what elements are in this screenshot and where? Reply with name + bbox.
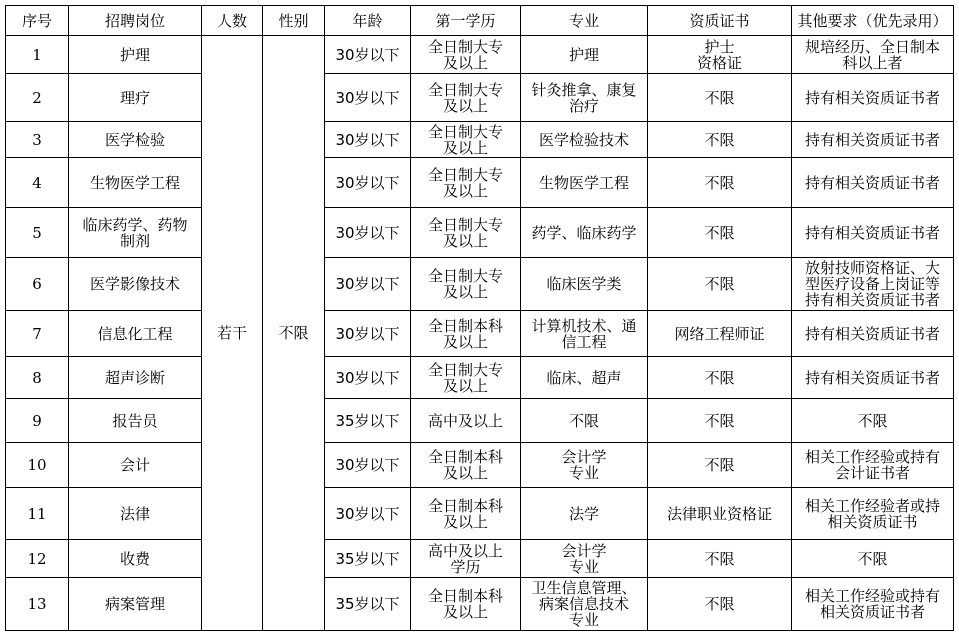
cell-no: 5: [6, 208, 69, 258]
cell-major: 临床、超声: [521, 357, 648, 399]
cell-age: 35岁以下: [325, 540, 411, 578]
cell-certificate-text: 不限: [704, 132, 734, 148]
cell-age-text: 30岁以下: [335, 132, 399, 148]
cell-certificate: 网络工程师证: [648, 311, 792, 357]
table-row: 2理疗30岁以下全日制大专 及以上针灸推拿、康复 治疗不限持有相关资质证书者: [6, 74, 954, 122]
cell-position-text: 医学检验: [105, 132, 165, 148]
cell-no: 12: [6, 540, 69, 578]
header-major: 专业: [521, 6, 648, 36]
cell-other-text: 持有相关资质证书者: [805, 175, 940, 191]
table-row: 9报告员35岁以下高中及以上不限不限不限: [6, 399, 954, 443]
cell-education-text: 全日制本科 及以上: [428, 498, 503, 530]
cell-age-text: 35岁以下: [335, 596, 399, 612]
cell-position: 理疗: [69, 74, 202, 122]
table-row: 13病案管理35岁以下全日制本科 及以上卫生信息管理、 病案信息技术 专业不限相…: [6, 578, 954, 631]
cell-other-text: 不限: [857, 551, 887, 567]
cell-major-text: 医学检验技术: [539, 132, 629, 148]
cell-other: 持有相关资质证书者: [792, 311, 954, 357]
cell-position-text: 理疗: [120, 90, 150, 106]
cell-age: 30岁以下: [325, 74, 411, 122]
cell-position-text: 会计: [120, 457, 150, 473]
table-row: 1护理若干不限30岁以下全日制大专 及以上护理护士 资格证规培经历、全日制本 科…: [6, 36, 954, 74]
cell-other-text: 不限: [857, 413, 887, 429]
cell-no: 10: [6, 443, 69, 488]
cell-position-text: 超声诊断: [105, 370, 165, 386]
cell-age: 30岁以下: [325, 443, 411, 488]
cell-major: 不限: [521, 399, 648, 443]
cell-age-text: 30岁以下: [335, 276, 399, 292]
cell-major-text: 会计学 专业: [561, 543, 606, 575]
cell-age-text: 30岁以下: [335, 90, 399, 106]
cell-certificate-text: 网络工程师证: [674, 326, 764, 342]
header-gender: 性别: [263, 6, 325, 36]
cell-education: 全日制本科 及以上: [411, 311, 521, 357]
cell-education-text: 全日制本科 及以上: [428, 318, 503, 350]
cell-certificate: 不限: [648, 443, 792, 488]
cell-no-text: 11: [27, 506, 46, 522]
cell-education: 高中及以上: [411, 399, 521, 443]
cell-position: 护理: [69, 36, 202, 74]
cell-age-text: 30岁以下: [335, 47, 399, 63]
cell-major: 针灸推拿、康复 治疗: [521, 74, 648, 122]
cell-education-text: 全日制大专 及以上: [428, 82, 503, 114]
cell-other: 持有相关资质证书者: [792, 208, 954, 258]
cell-major: 药学、临床药学: [521, 208, 648, 258]
header-certificate: 资质证书: [648, 6, 792, 36]
cell-certificate: 不限: [648, 399, 792, 443]
cell-no: 9: [6, 399, 69, 443]
cell-no-text: 13: [27, 596, 46, 612]
cell-education: 全日制本科 及以上: [411, 578, 521, 631]
cell-certificate: 不限: [648, 578, 792, 631]
cell-other-text: 持有相关资质证书者: [805, 370, 940, 386]
cell-other: 相关工作经验者或持 相关资质证书: [792, 488, 954, 540]
cell-position-text: 法律: [120, 506, 150, 522]
cell-certificate: 不限: [648, 208, 792, 258]
cell-certificate-text: 不限: [704, 225, 734, 241]
cell-no: 7: [6, 311, 69, 357]
cell-education: 全日制大专 及以上: [411, 74, 521, 122]
cell-no-text: 7: [32, 326, 42, 342]
cell-other: 持有相关资质证书者: [792, 122, 954, 158]
cell-age: 30岁以下: [325, 311, 411, 357]
cell-major: 生物医学工程: [521, 158, 648, 208]
cell-other: 相关工作经验或持有 相关资质证书者: [792, 578, 954, 631]
cell-age: 30岁以下: [325, 357, 411, 399]
cell-no: 13: [6, 578, 69, 631]
cell-major-text: 会计学 专业: [561, 449, 606, 481]
cell-position-text: 信息化工程: [97, 326, 172, 342]
cell-major-text: 临床、超声: [546, 370, 621, 386]
cell-age-text: 35岁以下: [335, 413, 399, 429]
cell-no-text: 4: [32, 175, 42, 191]
cell-position: 医学影像技术: [69, 258, 202, 311]
table-row: 8超声诊断30岁以下全日制大专 及以上临床、超声不限持有相关资质证书者: [6, 357, 954, 399]
cell-other-text: 持有相关资质证书者: [805, 132, 940, 148]
cell-major-text: 临床医学类: [546, 276, 621, 292]
cell-major-text: 计算机技术、通 信工程: [531, 318, 636, 350]
cell-other: 持有相关资质证书者: [792, 158, 954, 208]
cell-education: 全日制本科 及以上: [411, 443, 521, 488]
cell-major-text: 护理: [569, 47, 599, 63]
cell-position: 生物医学工程: [69, 158, 202, 208]
cell-other-text: 放射技师资格证、大 型医疗设备上岗证等 持有相关资质证书者: [805, 260, 940, 308]
header-age: 年龄: [325, 6, 411, 36]
cell-position: 病案管理: [69, 578, 202, 631]
cell-age: 30岁以下: [325, 158, 411, 208]
cell-other: 持有相关资质证书者: [792, 74, 954, 122]
cell-major: 护理: [521, 36, 648, 74]
cell-education: 高中及以上 学历: [411, 540, 521, 578]
cell-education-text: 全日制本科 及以上: [428, 449, 503, 481]
cell-major: 会计学 专业: [521, 443, 648, 488]
cell-position-text: 病案管理: [105, 596, 165, 612]
cell-education: 全日制大专 及以上: [411, 158, 521, 208]
cell-no-text: 8: [32, 370, 42, 386]
cell-position: 收费: [69, 540, 202, 578]
cell-age-text: 30岁以下: [335, 506, 399, 522]
cell-age-text: 30岁以下: [335, 225, 399, 241]
cell-gender-merged: 不限: [263, 36, 325, 631]
cell-major: 法学: [521, 488, 648, 540]
cell-no: 2: [6, 74, 69, 122]
table-row: 11法律30岁以下全日制本科 及以上法学法律职业资格证相关工作经验者或持 相关资…: [6, 488, 954, 540]
cell-age: 35岁以下: [325, 578, 411, 631]
cell-position: 临床药学、药物 制剂: [69, 208, 202, 258]
cell-age-text: 30岁以下: [335, 326, 399, 342]
cell-age-text: 35岁以下: [335, 551, 399, 567]
cell-other: 放射技师资格证、大 型医疗设备上岗证等 持有相关资质证书者: [792, 258, 954, 311]
cell-no: 6: [6, 258, 69, 311]
cell-major: 医学检验技术: [521, 122, 648, 158]
cell-age-text: 30岁以下: [335, 370, 399, 386]
cell-certificate: 法律职业资格证: [648, 488, 792, 540]
cell-certificate-text: 护士 资格证: [697, 39, 742, 71]
cell-education: 全日制大专 及以上: [411, 36, 521, 74]
cell-no-text: 3: [32, 132, 42, 148]
cell-education: 全日制大专 及以上: [411, 122, 521, 158]
cell-position: 法律: [69, 488, 202, 540]
cell-position: 报告员: [69, 399, 202, 443]
cell-no: 11: [6, 488, 69, 540]
cell-no-text: 6: [32, 276, 42, 292]
cell-no-text: 5: [32, 225, 42, 241]
cell-certificate: 不限: [648, 158, 792, 208]
cell-no-text: 10: [27, 457, 46, 473]
cell-education: 全日制大专 及以上: [411, 208, 521, 258]
cell-no: 3: [6, 122, 69, 158]
gender-value: 不限: [265, 325, 322, 341]
cell-no-text: 12: [27, 551, 46, 567]
cell-major-text: 卫生信息管理、 病案信息技术 专业: [531, 580, 636, 628]
table-row: 6医学影像技术30岁以下全日制大专 及以上临床医学类不限放射技师资格证、大 型医…: [6, 258, 954, 311]
cell-other-text: 持有相关资质证书者: [805, 225, 940, 241]
cell-major-text: 针灸推拿、康复 治疗: [531, 82, 636, 114]
cell-position: 超声诊断: [69, 357, 202, 399]
cell-no-text: 1: [32, 47, 42, 63]
cell-age: 30岁以下: [325, 258, 411, 311]
cell-certificate: 不限: [648, 74, 792, 122]
cell-no-text: 2: [32, 90, 42, 106]
cell-no: 4: [6, 158, 69, 208]
cell-major: 计算机技术、通 信工程: [521, 311, 648, 357]
cell-education-text: 全日制大专 及以上: [428, 268, 503, 300]
cell-position-text: 报告员: [112, 413, 157, 429]
table-row: 3医学检验30岁以下全日制大专 及以上医学检验技术不限持有相关资质证书者: [6, 122, 954, 158]
cell-education: 全日制大专 及以上: [411, 258, 521, 311]
cell-other-text: 规培经历、全日制本 科以上者: [805, 39, 940, 71]
cell-certificate-text: 不限: [704, 370, 734, 386]
cell-other: 持有相关资质证书者: [792, 357, 954, 399]
cell-certificate-text: 不限: [704, 413, 734, 429]
cell-other: 不限: [792, 540, 954, 578]
cell-no: 8: [6, 357, 69, 399]
cell-age-text: 30岁以下: [335, 457, 399, 473]
cell-other-text: 相关工作经验者或持 相关资质证书: [805, 498, 940, 530]
cell-age: 30岁以下: [325, 208, 411, 258]
cell-certificate-text: 不限: [704, 596, 734, 612]
table-row: 12收费35岁以下高中及以上 学历会计学 专业不限不限: [6, 540, 954, 578]
cell-education-text: 全日制大专 及以上: [428, 217, 503, 249]
cell-major-text: 药学、临床药学: [531, 225, 636, 241]
cell-other: 相关工作经验或持有 会计证书者: [792, 443, 954, 488]
cell-education-text: 高中及以上 学历: [428, 543, 503, 575]
cell-position-text: 生物医学工程: [90, 175, 180, 191]
cell-position: 信息化工程: [69, 311, 202, 357]
cell-education-text: 全日制本科 及以上: [428, 588, 503, 620]
header-position: 招聘岗位: [69, 6, 202, 36]
cell-position-text: 收费: [120, 551, 150, 567]
cell-position-text: 临床药学、药物 制剂: [82, 217, 187, 249]
cell-other: 不限: [792, 399, 954, 443]
cell-certificate: 不限: [648, 258, 792, 311]
cell-education-text: 全日制大专 及以上: [428, 124, 503, 156]
cell-certificate-text: 不限: [704, 90, 734, 106]
cell-other-text: 持有相关资质证书者: [805, 326, 940, 342]
cell-position: 医学检验: [69, 122, 202, 158]
table-row: 4生物医学工程30岁以下全日制大专 及以上生物医学工程不限持有相关资质证书者: [6, 158, 954, 208]
cell-education-text: 全日制大专 及以上: [428, 362, 503, 394]
cell-other-text: 相关工作经验或持有 相关资质证书者: [805, 588, 940, 620]
cell-certificate-text: 不限: [704, 551, 734, 567]
table-row: 7信息化工程30岁以下全日制本科 及以上计算机技术、通 信工程网络工程师证持有相…: [6, 311, 954, 357]
cell-education-text: 全日制大专 及以上: [428, 39, 503, 71]
cell-count-merged: 若干: [202, 36, 263, 631]
cell-education: 全日制大专 及以上: [411, 357, 521, 399]
cell-age: 30岁以下: [325, 36, 411, 74]
count-value: 若干: [204, 325, 260, 341]
cell-major: 临床医学类: [521, 258, 648, 311]
header-other: 其他要求（优先录用）: [792, 6, 954, 36]
cell-other-text: 相关工作经验或持有 会计证书者: [805, 449, 940, 481]
cell-education-text: 高中及以上: [428, 413, 503, 429]
cell-major-text: 不限: [569, 413, 599, 429]
cell-no-text: 9: [32, 413, 42, 429]
cell-other-text: 持有相关资质证书者: [805, 90, 940, 106]
cell-major-text: 生物医学工程: [539, 175, 629, 191]
cell-position: 会计: [69, 443, 202, 488]
cell-major: 会计学 专业: [521, 540, 648, 578]
cell-other: 规培经历、全日制本 科以上者: [792, 36, 954, 74]
cell-age-text: 30岁以下: [335, 175, 399, 191]
cell-certificate: 不限: [648, 122, 792, 158]
table-row: 10会计30岁以下全日制本科 及以上会计学 专业不限相关工作经验或持有 会计证书…: [6, 443, 954, 488]
cell-position-text: 护理: [120, 47, 150, 63]
cell-certificate: 不限: [648, 357, 792, 399]
cell-position-text: 医学影像技术: [90, 276, 180, 292]
cell-no: 1: [6, 36, 69, 74]
table-row: 5临床药学、药物 制剂30岁以下全日制大专 及以上药学、临床药学不限持有相关资质…: [6, 208, 954, 258]
cell-certificate-text: 不限: [704, 276, 734, 292]
header-count: 人数: [202, 6, 263, 36]
cell-certificate-text: 法律职业资格证: [667, 506, 772, 522]
cell-certificate-text: 不限: [704, 175, 734, 191]
cell-age: 30岁以下: [325, 488, 411, 540]
cell-age: 35岁以下: [325, 399, 411, 443]
header-row: 序号 招聘岗位 人数 性别 年龄 第一学历 专业 资质证书 其他要求（优先录用）: [6, 6, 954, 36]
cell-certificate: 护士 资格证: [648, 36, 792, 74]
cell-education-text: 全日制大专 及以上: [428, 167, 503, 199]
cell-major-text: 法学: [569, 506, 599, 522]
recruitment-table: 序号 招聘岗位 人数 性别 年龄 第一学历 专业 资质证书 其他要求（优先录用）…: [5, 5, 954, 631]
cell-education: 全日制本科 及以上: [411, 488, 521, 540]
cell-major: 卫生信息管理、 病案信息技术 专业: [521, 578, 648, 631]
header-no: 序号: [6, 6, 69, 36]
header-education: 第一学历: [411, 6, 521, 36]
cell-certificate-text: 不限: [704, 457, 734, 473]
cell-age: 30岁以下: [325, 122, 411, 158]
cell-certificate: 不限: [648, 540, 792, 578]
